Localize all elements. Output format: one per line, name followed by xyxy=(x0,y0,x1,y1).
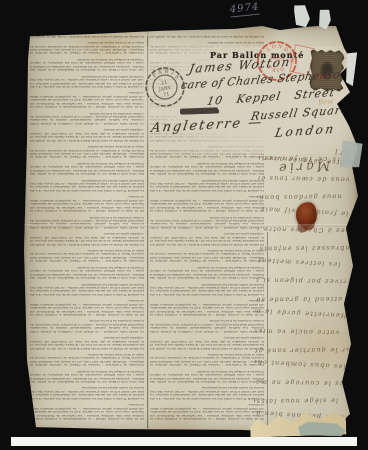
printed-paragraph: Le moral reste excellent ; on attend ave… xyxy=(150,215,264,229)
printed-paragraph: La viande de cheval se vend douze francs… xyxy=(150,232,264,246)
photo-of-ballon-monte-letter: 4974 On lit dans le Journal officiel : l… xyxy=(0,0,368,450)
printed-paragraph: On lit dans le Journal officiel : le bom… xyxy=(150,299,264,316)
printed-paragraph: Des obus sont tombés sur le Panthéon, la… xyxy=(30,369,144,383)
printed-paragraph: Des obus sont tombés sur le Panthéon, la… xyxy=(30,58,144,72)
printed-paragraph: On lit dans le Journal officiel : le bom… xyxy=(30,299,144,316)
manuscript-line: sur le quartier sans grand mal xyxy=(255,346,355,355)
printed-paragraph: Le moral reste excellent ; on attend ave… xyxy=(30,111,144,125)
manuscript-line: le siège nous laisse sans pain xyxy=(254,397,338,406)
printed-paragraph: Le général Trochu a visité hier les avan… xyxy=(30,282,144,296)
manuscript-line: votre oncle va mieux depuis peu xyxy=(255,327,339,336)
printed-paragraph: Des obus sont tombés sur le Panthéon, la… xyxy=(150,369,264,383)
printed-paragraph: La viande de cheval se vend douze francs… xyxy=(30,232,144,246)
printed-paragraph: Des obus sont tombés sur le Panthéon, la… xyxy=(150,161,264,175)
printed-paragraph: Le général Trochu a visité hier les avan… xyxy=(150,282,264,296)
manuscript-line: Henriette garde la maison close xyxy=(255,307,346,320)
printed-paragraph: Le moral reste excellent ; on attend ave… xyxy=(30,319,144,333)
printed-paragraph: Des obus sont tombés sur le Panthéon, la… xyxy=(30,161,144,175)
paris-cds-year: 71 xyxy=(163,91,170,98)
printed-paragraph: On lit dans le Journal officiel : le bom… xyxy=(150,403,264,420)
printed-paragraph: On lit dans le Journal officiel : le bom… xyxy=(30,403,144,420)
printed-paragraph: On lit dans le Journal officiel : le bom… xyxy=(30,195,144,212)
manuscript-line: mais le courage ne manque pas xyxy=(254,378,354,388)
printed-paragraph: Nouvelles de l'extérieur : l'armée de Ch… xyxy=(30,249,144,263)
printed-paragraph: La viande de cheval se vend douze francs… xyxy=(30,336,144,350)
printed-paragraph: Le général Trochu a visité hier les avan… xyxy=(30,74,144,88)
printed-paragraph: Le général Trochu a visité hier les avan… xyxy=(30,178,144,192)
printed-paragraph: Nouvelles de l'extérieur : l'armée de Ch… xyxy=(150,353,264,367)
printed-paragraph: La viande de cheval se vend douze francs… xyxy=(30,128,144,142)
photo-frame-edge xyxy=(11,437,357,446)
printed-paragraph: Nouvelles de l'extérieur : l'armée de Ch… xyxy=(30,145,144,159)
manuscript-line: à vous de cœur tous ensemble xyxy=(258,174,358,184)
manuscript-line: embrassez les enfants pour moi xyxy=(257,244,357,253)
manuscript-line: on attend la grande sortie xyxy=(256,295,356,304)
manuscript-line: les obus tombent chaque nuit xyxy=(255,358,346,371)
printed-paragraph: Le général Trochu a visité hier les avan… xyxy=(30,386,144,400)
printed-paragraph: Des obus sont tombés sur le Panthéon, la… xyxy=(30,265,144,279)
printed-paragraph: Le général Trochu a visité hier les avan… xyxy=(150,178,264,192)
printed-paragraph: Le moral reste excellent ; on attend ave… xyxy=(30,215,144,229)
manuscript-line: écrivez par pigeon si possible xyxy=(256,276,356,286)
manuscript-line: les lettres mettent vingt jours xyxy=(256,256,340,268)
printed-paragraph: La viande de cheval se vend douze francs… xyxy=(150,34,264,38)
printed-paragraph: La viande de cheval se vend douze francs… xyxy=(150,336,264,350)
printed-paragraph: Nouvelles de l'extérieur : l'armée de Ch… xyxy=(30,353,144,367)
pencil-lot-number: 4974 xyxy=(229,1,260,17)
mount-remnant xyxy=(339,140,362,168)
printed-paragraph: On lit dans le Journal officiel : le bom… xyxy=(30,91,144,108)
printed-paragraph: Des obus sont tombés sur le Panthéon, la… xyxy=(150,265,264,279)
printed-news-column-left: On lit dans le Journal officiel : le bom… xyxy=(30,34,144,420)
manuscript-line: dites à Charles notre amitié xyxy=(257,225,357,235)
manuscript-line: le froid est vif mais sec xyxy=(257,205,348,218)
printed-paragraph: Nouvelles de l'extérieur : l'armée de Ch… xyxy=(150,249,264,263)
torn-paper-shard xyxy=(291,3,311,30)
printed-paragraph: Nouvelles de l'extérieur : l'armée de Ch… xyxy=(30,41,144,55)
manuscript-message: Marie Paris ce 10 janvier 1871 nous pens… xyxy=(254,145,365,431)
letter-sheet: On lit dans le Journal officiel : le bom… xyxy=(24,26,358,434)
printed-paragraph: Le général Trochu a visité hier les avan… xyxy=(150,386,264,400)
printed-paragraph: La viande de cheval se vend douze francs… xyxy=(30,34,144,38)
printed-paragraph: Le moral reste excellent ; on attend ave… xyxy=(150,319,264,333)
printed-paragraph: On lit dans le Journal officiel : le bom… xyxy=(150,195,264,212)
manuscript-line: nous gardons bonne espérance xyxy=(258,193,342,202)
